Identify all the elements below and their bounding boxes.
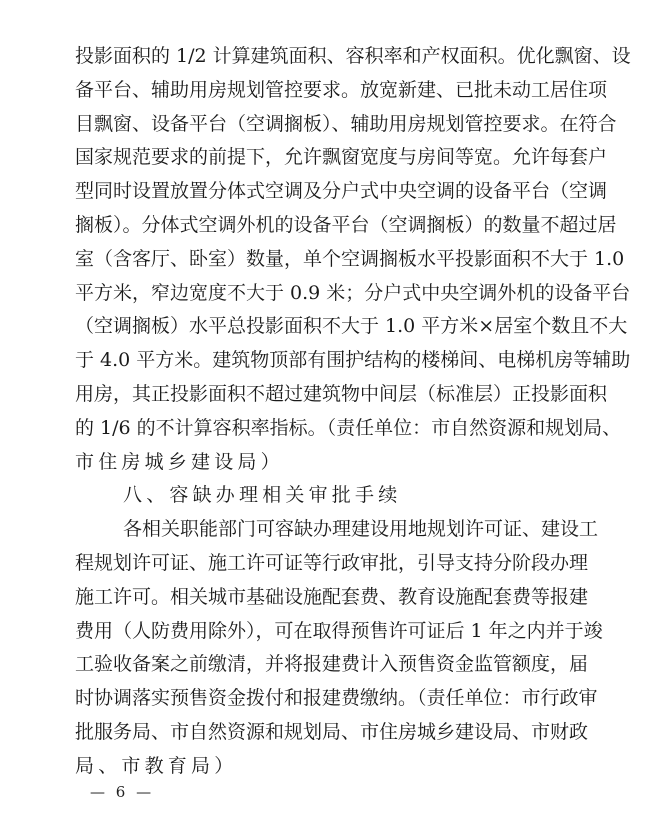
text-line: 目飘窗、设备平台（空调搁板）、辅助用房规划管控要求。在符合 <box>75 108 583 142</box>
paragraph-approval: 各相关职能部门可容缺办理建设用地规划许可证、建设工 程规划许可证、施工许可证等行… <box>75 513 583 783</box>
text-line: 的 1/6 的不计算容积率指标。（责任单位：市自然资源和规划局、 <box>75 412 583 446</box>
text-line: 各相关职能部门可容缺办理建设用地规划许可证、建设工 <box>75 513 583 547</box>
text-line: 型同时设置放置分体式空调及分户式中央空调的设备平台（空调 <box>75 175 583 209</box>
text-line: 局、市教育局） <box>75 750 583 784</box>
text-line: 于 4.0 平方米。建筑物顶部有围护结构的楼梯间、电梯机房等辅助 <box>75 344 583 378</box>
text-line: 费用（人防费用除外），可在取得预售许可证后 1 年之内并于竣 <box>75 615 583 649</box>
text-line: 国家规范要求的前提下，允许飘窗宽度与房间等宽。允许每套户 <box>75 141 583 175</box>
text-line: 批服务局、市自然资源和规划局、市住房城乡建设局、市财政 <box>75 716 583 750</box>
text-line: 市住房城乡建设局） <box>75 446 583 480</box>
text-line: 平方米，窄边宽度不大于 0.9 米；分户式中央空调外机的设备平台 <box>75 277 583 311</box>
text-line: 施工许可。相关城市基础设施配套费、教育设施配套费等报建 <box>75 581 583 615</box>
document-page: 投影面积的 1/2 计算建筑面积、容积率和产权面积。优化飘窗、设 备平台、辅助用… <box>75 40 583 784</box>
text-line: 程规划许可证、施工许可证等行政审批，引导支持分阶段办理 <box>75 547 583 581</box>
paragraph-continuation: 投影面积的 1/2 计算建筑面积、容积率和产权面积。优化飘窗、设 备平台、辅助用… <box>75 40 583 479</box>
text-line: 时协调落实预售资金拨付和报建费缴纳。（责任单位：市行政审 <box>75 682 583 716</box>
text-line: 室（含客厅、卧室）数量，单个空调搁板水平投影面积不大于 1.0 <box>75 243 583 277</box>
text-line: 工验收备案之前缴清，并将报建费计入预售资金监管额度，届 <box>75 648 583 682</box>
page-number: — 6 — <box>90 783 154 801</box>
section-heading: 八、容缺办理相关审批手续 <box>75 479 583 513</box>
text-line: 备平台、辅助用房规划管控要求。放宽新建、已批未动工居住项 <box>75 74 583 108</box>
text-line: 投影面积的 1/2 计算建筑面积、容积率和产权面积。优化飘窗、设 <box>75 40 583 74</box>
text-line: 搁板）。分体式空调外机的设备平台（空调搁板）的数量不超过居 <box>75 209 583 243</box>
text-line: 用房，其正投影面积不超过建筑物中间层（标准层）正投影面积 <box>75 378 583 412</box>
text-line: （空调搁板）水平总投影面积不大于 1.0 平方米×居室个数且不大 <box>75 310 583 344</box>
